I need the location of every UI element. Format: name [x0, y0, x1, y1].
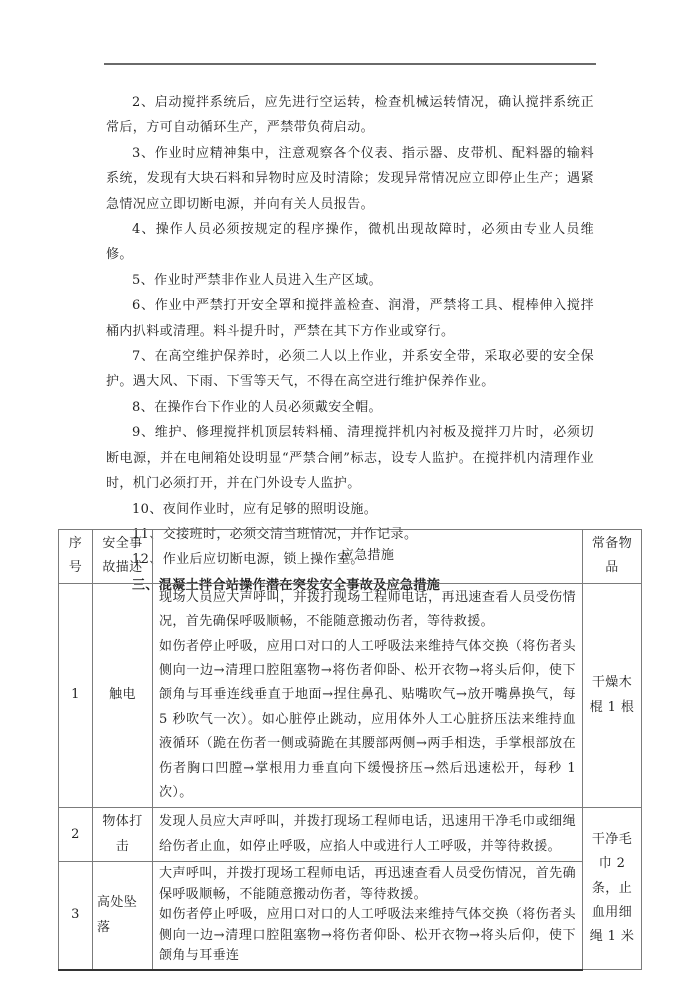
row-desc: 物体打击	[93, 808, 153, 862]
table-row: 1 触电 现场人员应大声呼叫，并拨打现场工程师电话，再迅速查看人员受伤情况，首先…	[59, 583, 642, 808]
paragraph-7: 7、在高空维护保养时，必须二人以上作业，并系安全带，采取必要的安全保护。遇大风、…	[106, 344, 594, 395]
paragraph-10: 10、夜间作业时，应有足够的照明设施。	[106, 497, 594, 522]
header-supplies: 常备物品	[583, 530, 642, 584]
paragraph-9: 9、维护、修理搅拌机顶层转料桶、清理搅拌机内衬板及搅拌刀片时，必须切断电源，并在…	[106, 420, 594, 496]
measure-paragraph: 现场人员应大声呼叫，并拨打现场工程师电话，再迅速查看人员受伤情况，首先确保呼吸顺…	[159, 586, 576, 635]
paragraph-8: 8、在操作台下作业的人员必须戴安全帽。	[106, 395, 594, 420]
page-header-rule	[104, 63, 596, 65]
measure-paragraph: 如伤者停止呼吸，应用口对口的人工呼吸法来维持气体交换（将伤者头侧向一边→清理口腔…	[159, 905, 576, 967]
measure-paragraph: 大声呼叫，并拨打现场工程师电话，再迅速查看人员受伤情况，首先确保呼吸顺畅，不能随…	[159, 864, 576, 905]
paragraph-6: 6、作业中严禁打开安全罩和搅拌盖检查、润滑，严禁将工具、棍棒伸入搅拌桶内扒料或清…	[106, 293, 594, 344]
paragraph-3: 3、作业时应精神集中，注意观察各个仪表、指示器、皮带机、配料器的输料系统，发现有…	[106, 141, 594, 217]
row-desc: 触电	[93, 583, 153, 808]
row-no: 2	[59, 808, 93, 862]
table-header-row: 序号 安全事故描述 应急措施 常备物品	[59, 530, 642, 584]
row-measures: 现场人员应大声呼叫，并拨打现场工程师电话，再迅速查看人员受伤情况，首先确保呼吸顺…	[153, 583, 583, 808]
measure-paragraph: 如伤者停止呼吸，应用口对口的人工呼吸法来维持气体交换（将伤者头侧向一边→清理口腔…	[159, 635, 576, 806]
header-measures: 应急措施	[153, 530, 583, 584]
paragraph-4: 4、操作人员必须按规定的程序操作，微机出现故障时，必须由专业人员维修。	[106, 217, 594, 268]
row-measures: 大声呼叫，并拨打现场工程师电话，再迅速查看人员受伤情况，首先确保呼吸顺畅，不能随…	[153, 862, 583, 970]
document-body: 2、启动搅拌系统后，应先进行空运转，检查机械运转情况，确认搅拌系统正常后，方可自…	[106, 90, 594, 598]
emergency-measures-table: 序号 安全事故描述 应急措施 常备物品 1 触电 现场人员应大声呼叫，并拨打现场…	[58, 529, 642, 971]
row-measures: 发现人员应大声呼叫，并拨打现场工程师电话，迅速用干净毛巾或细绳给伤者止血，如停止…	[153, 808, 583, 862]
row-supplies: 干净毛巾 2 条，止血用细绳 1 米	[583, 808, 642, 970]
row-no: 1	[59, 583, 93, 808]
paragraph-5: 5、作业时严禁非作业人员进入生产区域。	[106, 268, 594, 293]
table-row: 2 物体打击 发现人员应大声呼叫，并拨打现场工程师电话，迅速用干净毛巾或细绳给伤…	[59, 808, 642, 862]
row-no: 3	[59, 862, 93, 970]
row-desc: 高处坠落	[93, 862, 153, 970]
row-supplies: 干燥木棍 1 根	[583, 583, 642, 808]
header-desc: 安全事故描述	[93, 530, 153, 584]
header-no: 序号	[59, 530, 93, 584]
measure-paragraph: 发现人员应大声呼叫，并拨打现场工程师电话，迅速用干净毛巾或细绳给伤者止血，如停止…	[159, 810, 576, 859]
paragraph-2: 2、启动搅拌系统后，应先进行空运转，检查机械运转情况，确认搅拌系统正常后，方可自…	[106, 90, 594, 141]
table-row: 3 高处坠落 大声呼叫，并拨打现场工程师电话，再迅速查看人员受伤情况，首先确保呼…	[59, 862, 642, 970]
